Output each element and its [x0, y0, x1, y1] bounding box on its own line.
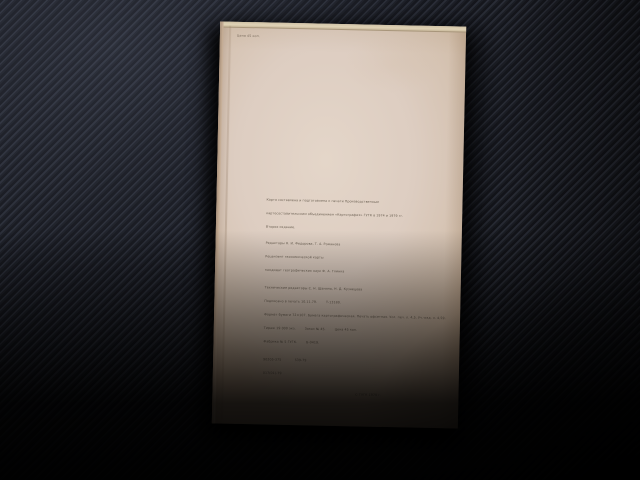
imprint-line: кандидат географических наук Ф. А. Глинк… — [265, 268, 472, 277]
imprint-line: Тираж 19 000 экз. Заказ № 45. Цена 45 ко… — [264, 326, 471, 335]
price-note: Цена 45 коп. — [237, 34, 260, 38]
imprint-line: картосоставительским объединением «Карто… — [266, 211, 473, 220]
imprint-line: Карта составлена и подготовлена к печати… — [266, 197, 473, 206]
book-back-cover: Цена 45 коп. Карта составлена и подготов… — [212, 21, 466, 428]
imprint-line: Рецензент экономической карты — [265, 254, 472, 263]
imprint-line: Подписано в печать 10.11.79. Т-13180. — [264, 299, 471, 308]
imprint-block: Карта составлена и подготовлена к печати… — [262, 188, 473, 408]
imprint-line: Редакторы Н. И. Федорова, Т. А. Романова — [266, 241, 473, 250]
imprint-line: Формат бумаги 72×107. Бумага картографич… — [264, 312, 471, 321]
page-edges-top — [220, 21, 466, 32]
imprint-line: Технические редакторы С. Н. Шанина, Н. Д… — [265, 285, 472, 294]
photo: Цена 45 коп. Карта составлена и подготов… — [0, 0, 640, 480]
copyright-note: © ГУГК 1979 г. — [262, 390, 469, 399]
imprint-line: 017(01)-79 — [263, 371, 470, 380]
imprint-line: Второе издание. — [266, 224, 473, 233]
imprint-line: Фабрика № 5 ГУГК. Б-0419. — [263, 339, 470, 348]
imprint-line: 90205-375 539-79 — [263, 357, 470, 366]
